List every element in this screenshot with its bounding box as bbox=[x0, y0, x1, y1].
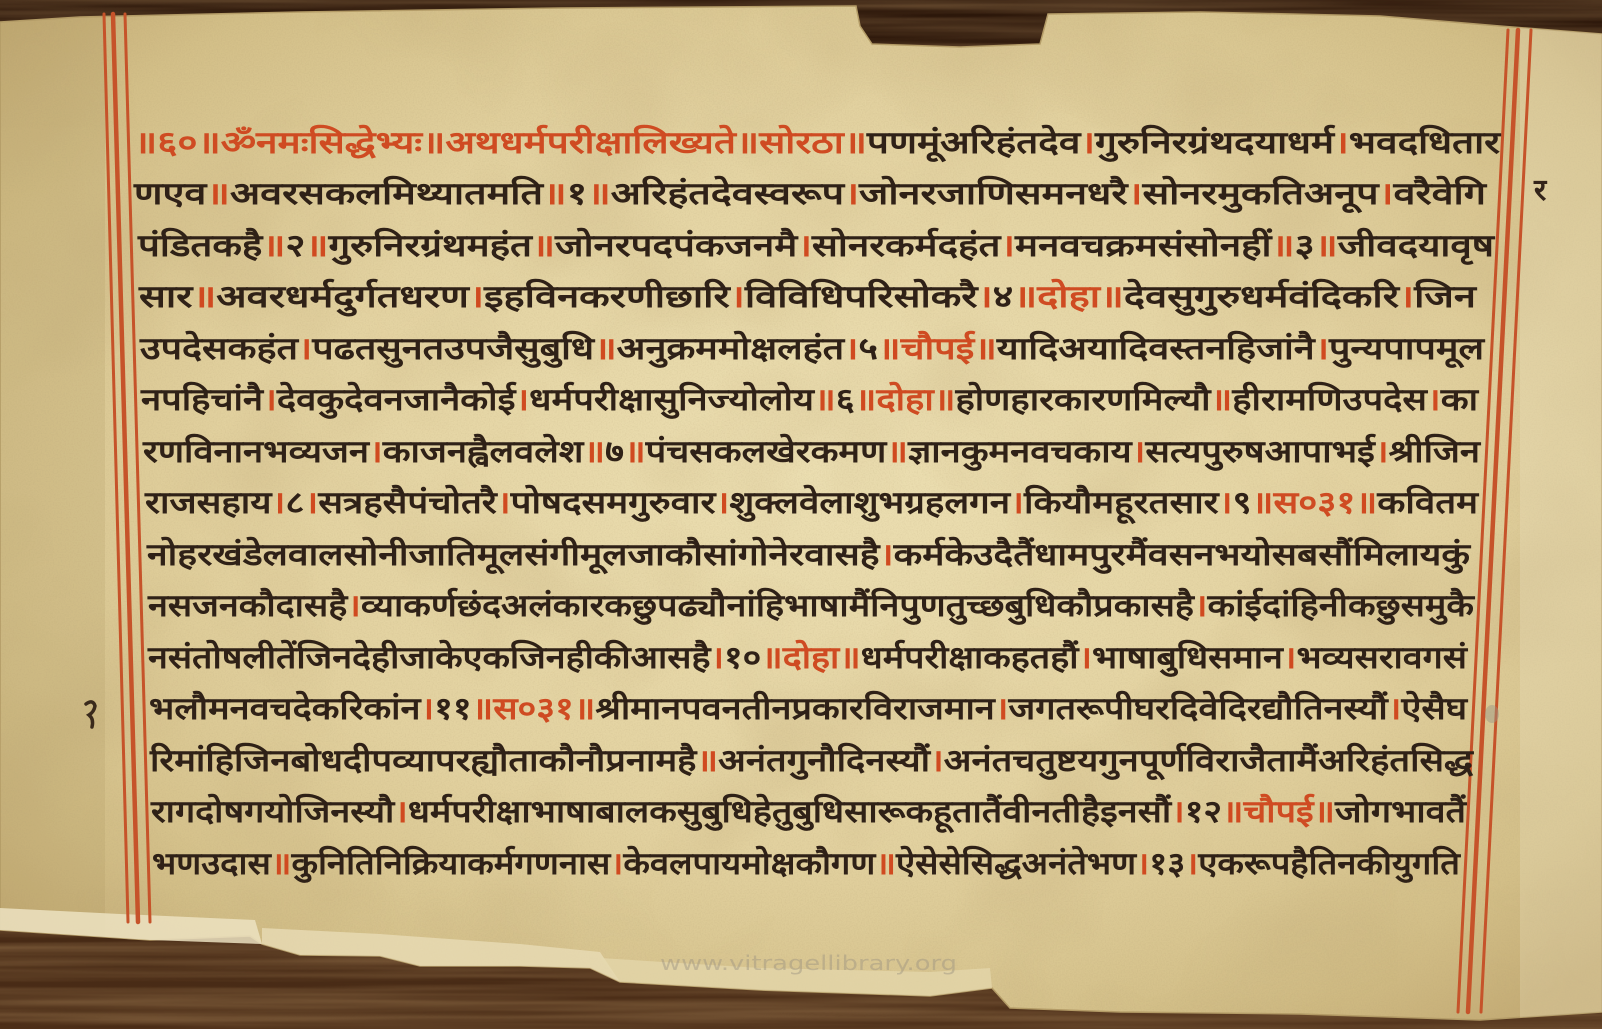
manuscript-line-3: पंडितकहै॥२॥गुरुनिरग्रंथमहंत॥जोनरपदपंकजनम… bbox=[137, 227, 1496, 265]
text-run: कर्मकेउदैतैंधामपुरमैंवसनभयोसबसौंमिलायकुं bbox=[892, 536, 1471, 574]
text-run: पुन्यपापमूल bbox=[1328, 331, 1485, 369]
text-run: १ bbox=[567, 176, 588, 212]
danda-mark: । bbox=[1078, 640, 1092, 676]
verse-text: ॥देवसुगुरुधर्मवंदिकरि।जिन bbox=[1100, 278, 1478, 316]
text-run: जोनरपदपंकजनमै bbox=[554, 227, 799, 264]
danda-mark: । bbox=[1334, 125, 1349, 161]
danda-mark: ॥ bbox=[934, 382, 956, 418]
watermark: www.vitragellibrary.org bbox=[660, 951, 957, 975]
text-run: हीरामणिउपदेस bbox=[1231, 381, 1428, 418]
verse-text: ॥यादिअयादिवस्तनहिजांनै।पुन्यपापमूल bbox=[974, 330, 1485, 369]
danda-mark: ॥ bbox=[583, 434, 605, 470]
danda-mark: । bbox=[1388, 691, 1402, 727]
verse-text: ॥श्रीमानपवनतीनप्रकारविराजमान।जगतरूपीघरदि… bbox=[574, 690, 1469, 727]
text-run: धर्मपरीक्षासुनिज्योलोय bbox=[529, 381, 815, 419]
text-run: १२ bbox=[1185, 794, 1222, 830]
danda-mark: ॥ bbox=[192, 279, 216, 315]
danda-mark: ॥ bbox=[1100, 279, 1124, 315]
text-run: १० bbox=[724, 640, 761, 676]
manuscript-line-11: नसंतोषलीतेंजिनदेहीजाकेएकजिनहीकीआसहै।१०॥द… bbox=[147, 639, 1468, 677]
text-run: नसंतोषलीतेंजिनदेहीजाकेएकजिनहीकीआसहै bbox=[147, 639, 712, 676]
text-run: रणविनानभव्यजन bbox=[142, 433, 371, 470]
danda-mark: । bbox=[710, 640, 724, 676]
text-run: विविधिपरिसोकरै bbox=[744, 278, 980, 315]
danda-mark: । bbox=[1283, 640, 1297, 676]
text-run: पंचसकलखेरकमण bbox=[645, 433, 889, 470]
text-run: सत्रहसैपंचोतरै bbox=[317, 484, 498, 521]
rubric-heading: चौपई bbox=[1242, 793, 1315, 830]
verse-text: पणमूंअरिहंतदेव।गुरुनिरग्रंथदयाधर्म।भवदधि… bbox=[866, 124, 1502, 163]
manuscript-line-2: णएव॥अवरसकलमिथ्यातमति॥१॥अरिहंतदेवस्वरूप।ज… bbox=[133, 175, 1488, 214]
text-run: जीवदयावृष bbox=[1336, 227, 1495, 265]
danda-mark: । bbox=[1427, 382, 1441, 418]
danda-mark: ॥ bbox=[839, 640, 860, 676]
danda-mark: । bbox=[844, 331, 858, 367]
danda-mark: । bbox=[1379, 176, 1394, 212]
text-run: अवरधर्मदुर्गतधरण bbox=[216, 278, 471, 317]
danda-mark: ॥ bbox=[974, 331, 997, 367]
danda-mark: ॥ bbox=[305, 228, 328, 264]
manuscript-line-6: नपहिचांनै।देवकुदेवनजानैकोई।धर्मपरीक्षासु… bbox=[140, 381, 1479, 419]
verse-text: ॥धर्मपरीक्षाकहतहौं।भाषाबुधिसमान।भव्यसराव… bbox=[839, 639, 1468, 677]
danda-mark: ॥ bbox=[574, 691, 596, 727]
danda-mark: । bbox=[469, 279, 484, 315]
text-run: भणउदास bbox=[152, 846, 272, 882]
rubric-heading: दोहा bbox=[875, 381, 935, 418]
text-run: भाषाबुधिसमान bbox=[1092, 639, 1285, 677]
manuscript-line-7: रणविनानभव्यजन।काजनह्वैलवलेश॥७॥पंचसकलखेरक… bbox=[142, 433, 1482, 471]
danda-mark: ॥ bbox=[1211, 382, 1233, 418]
manuscript-line-10: नसजनकौदासहै।व्याकर्णछंदअलंकारकछुपढ्यौनां… bbox=[147, 587, 1476, 625]
rubric-heading: दोहा bbox=[1036, 278, 1101, 315]
text-run: सोनरमुकतिअनूप bbox=[1141, 175, 1380, 214]
manuscript-line-9: नोहरखंडेलवालसोनीजातिमूलसंगीमूलजाकौसांगोन… bbox=[146, 536, 1472, 575]
text-run: यादिअयादिवस्तनहिजांनै bbox=[996, 330, 1317, 367]
manuscript-photo: ॥६०॥ॐनमःसिद्धेभ्यः॥अथधर्मपरीक्षालिख्यते॥… bbox=[0, 0, 1602, 1029]
danda-mark: ॥ bbox=[696, 743, 718, 779]
danda-mark: । bbox=[1171, 794, 1185, 830]
text-run: नसजनकौदासहै bbox=[147, 587, 349, 624]
danda-mark: ॥ bbox=[1315, 228, 1338, 264]
text-run: अनंतगुनौदिनस्यौं bbox=[718, 742, 931, 780]
danda-mark: । bbox=[930, 743, 944, 779]
text-run: होणहारकारणमिल्यौ bbox=[954, 381, 1211, 418]
text-run: कांईदांहिनीकछुसमुकै bbox=[1206, 587, 1475, 625]
danda-mark: । bbox=[1128, 176, 1143, 212]
danda-mark: ॥ bbox=[271, 846, 292, 882]
manuscript-line-5: उपदेसकहंत।पढतसुनतउपजैसुबुधि॥अनुक्रममोक्ष… bbox=[139, 330, 1485, 369]
danda-mark: । bbox=[1315, 331, 1329, 367]
verse-text: नसजनकौदासहै।व्याकर्णछंदअलंकारकछुपढ्यौनां… bbox=[147, 587, 1476, 625]
text-run: १३ bbox=[1149, 846, 1185, 882]
danda-mark: । bbox=[797, 228, 812, 264]
text-run: सार bbox=[138, 279, 194, 315]
danda-mark: । bbox=[1375, 434, 1389, 470]
text-run: इहविनकरणीछारि bbox=[483, 278, 732, 315]
text-run: पोषदसमगुरुवार bbox=[509, 484, 717, 522]
manuscript-line-13: रिमांहिजिनबोधदीपव्यापरह्यौताकौनौप्रनामहै… bbox=[149, 742, 1475, 781]
danda-mark: । bbox=[420, 691, 434, 727]
text-run: राजसहाय bbox=[144, 485, 273, 521]
text-run: ११ bbox=[434, 691, 471, 727]
danda-mark: । bbox=[1000, 228, 1015, 264]
danda-mark: ॥ bbox=[624, 434, 646, 470]
text-run: गुरुनिरग्रंथमहंत bbox=[327, 227, 533, 265]
verse-text: रणविनानभव्यजन।काजनह्वैलवलेश॥७॥पंचसकलखेरक… bbox=[142, 433, 1482, 471]
danda-mark: ॥ bbox=[532, 228, 555, 264]
manuscript-line-15: भणउदास॥कुनितिनिक्रियाकर्मगणनास।केवलपायमो… bbox=[152, 845, 1461, 883]
verse-text: नपहिचांनै।देवकुदेवनजानैकोई।धर्मपरीक्षासु… bbox=[140, 381, 877, 419]
text-run: श्रीमानपवनतीनप्रकारविराजमान bbox=[595, 690, 997, 727]
danda-mark: ॥ bbox=[1272, 228, 1295, 264]
text-run: नपहिचांनै bbox=[140, 381, 265, 418]
danda-mark: ॥ bbox=[875, 846, 896, 882]
text-run: रिमांहिजिनबोधदीपव्यापरह्यौताकौनौप्रनामहै bbox=[149, 742, 698, 779]
text-run: अनुक्रममोक्षलहंत bbox=[617, 330, 846, 368]
danda-mark: ॥ bbox=[262, 228, 285, 264]
text-run: धर्मपरीक्षाभाषाबालकसुबुधिहेतुबुधिसारूकहू… bbox=[408, 793, 1172, 834]
text-run: जोनरजाणिसमनधरै bbox=[858, 175, 1129, 212]
verse-text: उपदेसकहंत।पढतसुनतउपजैसुबुधि॥अनुक्रममोक्ष… bbox=[139, 330, 901, 368]
verse-text: भणउदास॥कुनितिनिक्रियाकर्मगणनास।केवलपायमो… bbox=[152, 845, 1461, 883]
verse-text: ॥जोगभावतैं bbox=[1314, 793, 1468, 830]
text-run: भवदधितार bbox=[1349, 124, 1502, 161]
verse-text: नसंतोषलीतेंजिनदेहीजाकेएकजिनहीकीआसहै।१०॥ bbox=[147, 639, 783, 676]
danda-mark: । bbox=[995, 691, 1009, 727]
rubric-heading: स०३१ bbox=[492, 691, 574, 727]
rubric-heading: ॥६०॥ॐनमःसिद्धेभ्यः॥अथधर्मपरीक्षालिख्यते॥… bbox=[134, 124, 867, 161]
danda-mark: ॥ bbox=[814, 382, 836, 418]
danda-mark: ॥ bbox=[855, 382, 877, 418]
text-run: एकरूपहैतिनकीयुगति bbox=[1197, 845, 1461, 883]
text-run: व्याकर्णछंदअलंकारकछुपढ्यौनांहिभाषामैंनिप… bbox=[360, 587, 1196, 625]
text-run: मनवचक्रमसंसोनहीं bbox=[1014, 227, 1273, 264]
text-run: का bbox=[1440, 382, 1480, 418]
text-run: सोनरकर्मदहंत bbox=[811, 227, 1002, 264]
right-margin-correction: र bbox=[1533, 173, 1548, 208]
text-run: अरिहंतदेवस्वरूप bbox=[611, 175, 846, 212]
text-run: वरैवेगि bbox=[1392, 175, 1488, 212]
verse-text: रागदोषगयोजिनस्यौ।धर्मपरीक्षाभाषाबालकसुबु… bbox=[150, 793, 1244, 834]
manuscript-text-block: ॥६०॥ॐनमःसिद्धेभ्यः॥अथधर्मपरीक्षालिख्यते॥… bbox=[133, 124, 1502, 883]
danda-mark: ॥ bbox=[761, 640, 782, 676]
verse-text: पंडितकहै॥२॥गुरुनिरग्रंथमहंत॥जोनरपदपंकजनम… bbox=[137, 227, 1496, 265]
text-run: देवसुगुरुधर्मवंदिकरि bbox=[1123, 278, 1401, 316]
manuscript-line-1: ॥६०॥ॐनमःसिद्धेभ्यः॥अथधर्मपरीक्षालिख्यते॥… bbox=[134, 124, 1502, 163]
danda-mark: । bbox=[880, 537, 894, 573]
danda-mark: । bbox=[610, 846, 623, 882]
danda-mark: । bbox=[1080, 125, 1095, 161]
danda-mark: ॥ bbox=[1222, 794, 1243, 830]
manuscript-line-8: राजसहाय।८।सत्रहसैपंचोतरै।पोषदसमगुरुवार।श… bbox=[144, 484, 1480, 525]
manuscript-line-14: रागदोषगयोजिनस्यौ।धर्मपरीक्षाभाषाबालकसुबु… bbox=[150, 793, 1468, 834]
text-run: अनंतचतुष्टयगुनपूर्णविराजैतामैंअरिहंतसिद्… bbox=[944, 742, 1475, 781]
text-run: रागदोषगयोजिनस्यौ bbox=[150, 793, 396, 830]
verse-text: भलौमनवचदेकरिकांन।११॥ bbox=[149, 690, 493, 727]
text-run: जोगभावतैं bbox=[1334, 793, 1468, 830]
text-run: पणमूंअरिहंतदेव bbox=[866, 124, 1083, 163]
danda-mark: । bbox=[272, 485, 286, 521]
text-run: धर्मपरीक्षाकहतहौं bbox=[861, 639, 1080, 676]
danda-mark: । bbox=[844, 176, 859, 212]
danda-mark: । bbox=[497, 485, 511, 521]
danda-mark: । bbox=[515, 382, 529, 418]
text-run: पढतसुनतउपजैसुबुधि bbox=[311, 330, 596, 368]
manuscript-line-4: सार॥अवरधर्मदुर्गतधरण।इहविनकरणीछारि।विविध… bbox=[138, 278, 1479, 317]
danda-mark: । bbox=[369, 434, 383, 470]
text-run: ऐसैघ bbox=[1400, 690, 1469, 727]
rubric-heading: चौपई bbox=[899, 330, 976, 367]
danda-mark: । bbox=[1399, 279, 1414, 315]
text-run: कुनितिनिक्रियाकर्मगणनास bbox=[290, 845, 611, 883]
danda-mark: । bbox=[1132, 434, 1146, 470]
danda-mark: । bbox=[347, 588, 361, 624]
text-run: श्रीजिन bbox=[1389, 433, 1483, 470]
text-run: ५ bbox=[858, 331, 878, 367]
text-run: भव्यसरावगसं bbox=[1296, 640, 1468, 676]
right-margin-smudge bbox=[1485, 705, 1499, 723]
danda-mark: । bbox=[1185, 846, 1198, 882]
danda-mark: ॥ bbox=[1355, 485, 1377, 521]
danda-mark: ॥ bbox=[886, 434, 908, 470]
danda-mark: ॥ bbox=[587, 176, 611, 212]
text-run: पंडितकहै bbox=[137, 227, 265, 264]
verse-text: नोहरखंडेलवालसोनीजातिमूलसंगीमूलजाकौसांगोन… bbox=[146, 536, 1472, 575]
danda-mark: ॥ bbox=[543, 176, 567, 212]
danda-mark: । bbox=[1136, 846, 1149, 882]
verse-text: रिमांहिजिनबोधदीपव्यापरह्यौताकौनौप्रनामहै… bbox=[149, 742, 1475, 781]
danda-mark: ॥ bbox=[1013, 279, 1037, 315]
danda-mark: ॥ bbox=[594, 331, 617, 367]
danda-mark: । bbox=[730, 279, 745, 315]
danda-mark: ॥ bbox=[206, 176, 230, 212]
text-run: केवलपायमोक्षकौगण bbox=[622, 845, 877, 882]
text-run: २ bbox=[285, 228, 305, 264]
text-run: ऐसेसेसिद्धअनंतेभण bbox=[895, 845, 1138, 882]
rubric-heading: दोहा bbox=[782, 639, 841, 676]
danda-mark: । bbox=[298, 331, 312, 367]
manuscript-line-12: भलौमनवचदेकरिकांन।११॥स०३१॥श्रीमानपवनतीनप्… bbox=[149, 690, 1469, 727]
danda-mark: । bbox=[978, 279, 993, 315]
text-run: जगतरूपीघरदिवेदिरद्यौतिनस्यौं bbox=[1007, 690, 1389, 727]
danda-mark: । bbox=[394, 794, 408, 830]
danda-mark: ॥ bbox=[472, 691, 494, 727]
text-run: ६ bbox=[836, 382, 855, 418]
text-run: नोहरखंडेलवालसोनीजातिमूलसंगीमूलजाकौसांगोन… bbox=[146, 536, 882, 575]
text-run: देवकुदेवनजानैकोई bbox=[276, 381, 518, 419]
text-run: ज्ञानकुमनवचकाय bbox=[907, 434, 1133, 471]
verse-text: राजसहाय।८।सत्रहसैपंचोतरै।पोषदसमगुरुवार।श… bbox=[144, 484, 1274, 525]
verse-text: ॥होणहारकारणमिल्यौ॥हीरामणिउपदेस।का bbox=[934, 381, 1479, 418]
text-run: सत्यपुरुषआपाभई bbox=[1144, 433, 1377, 471]
danda-mark: ॥ bbox=[878, 331, 901, 367]
text-run: ३ bbox=[1295, 228, 1315, 264]
text-run: गुरुनिरग्रंथदयाधर्म bbox=[1094, 124, 1336, 162]
text-run: शुक्लवेलाशुभग्रहलगन bbox=[729, 484, 1012, 522]
danda-mark: । bbox=[1219, 485, 1233, 521]
verse-text: सार॥अवरधर्मदुर्गतधरण।इहविनकरणीछारि।विविध… bbox=[138, 278, 1037, 317]
danda-mark: ॥ bbox=[1252, 485, 1274, 521]
text-run: भलौमनवचदेकरिकांन bbox=[149, 690, 423, 727]
text-run: ८ bbox=[285, 485, 304, 521]
text-run: कवितम bbox=[1376, 484, 1480, 521]
danda-mark: । bbox=[715, 485, 729, 521]
text-run: ९ bbox=[1233, 485, 1252, 521]
danda-mark: । bbox=[1194, 588, 1208, 624]
danda-mark: ॥ bbox=[1314, 794, 1335, 830]
text-run: अवरसकलमिथ्यातमति bbox=[230, 175, 545, 212]
text-run: काजनह्वैलवलेश bbox=[382, 433, 586, 470]
text-run: णएव bbox=[133, 176, 209, 212]
rubric-heading: स०३१ bbox=[1272, 485, 1355, 521]
text-run: जिन bbox=[1413, 278, 1478, 315]
text-run: ४ bbox=[993, 279, 1014, 315]
verse-text: ॥कवितम bbox=[1355, 484, 1479, 521]
danda-mark: । bbox=[263, 382, 277, 418]
danda-mark: । bbox=[1010, 485, 1024, 521]
verse-text: णएव॥अवरसकलमिथ्यातमति॥१॥अरिहंतदेवस्वरूप।ज… bbox=[133, 175, 1488, 214]
danda-mark: । bbox=[304, 485, 318, 521]
text-run: उपदेसकहंत bbox=[139, 330, 300, 367]
text-run: ७ bbox=[605, 434, 624, 470]
text-run: कियौमहूरतसार bbox=[1023, 484, 1220, 525]
